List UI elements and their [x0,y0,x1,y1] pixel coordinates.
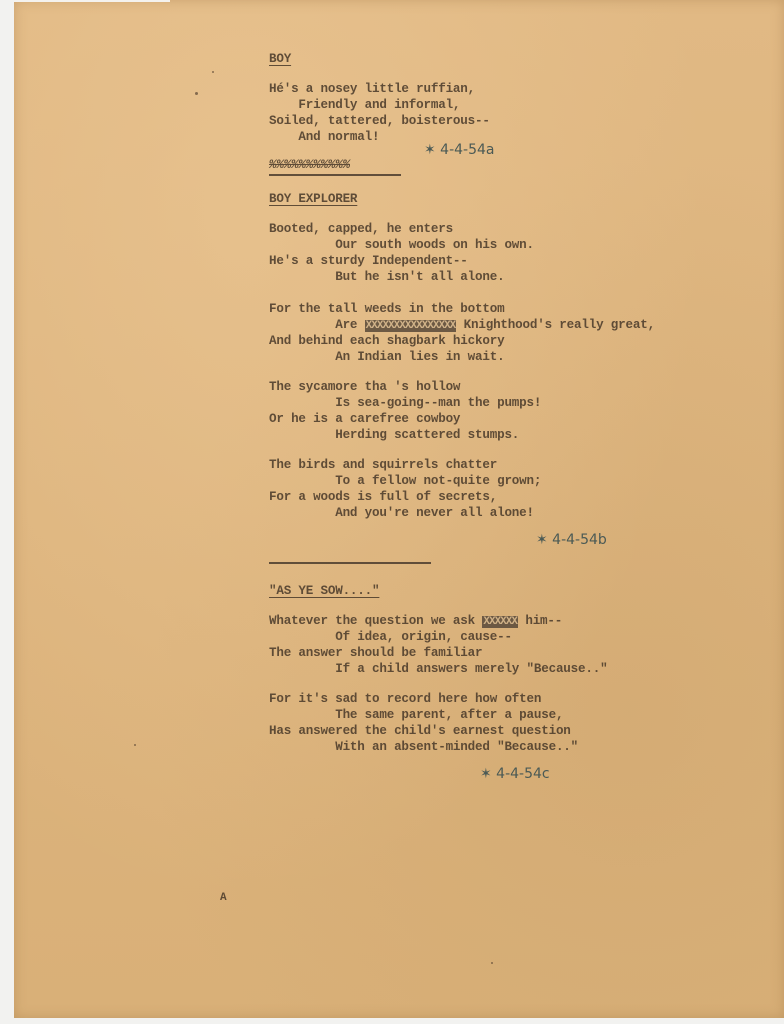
poem-line: The birds and squirrels chatter [269,458,497,472]
poem-line: To a fellow not-quite grown; [269,474,541,488]
poem-line: If a child answers merely "Because.." [269,662,607,676]
poem-line: Is sea-going--man the pumps! [269,396,541,410]
poem-line: With an absent-minded "Because.." [269,740,578,754]
divider-line [269,562,431,564]
poem-line: He's a sturdy Independent-- [269,254,468,268]
poem-line: Has answered the child's earnest questio… [269,724,571,738]
poem-line-with-strikeout: Whatever the question we ask XXXXXX him-… [269,614,562,628]
poem-line: Soiled, tattered, boisterous-- [269,114,490,128]
poem-line-start: Are [269,318,365,332]
poem-title-boy: BOY [269,52,291,66]
struck-out-text: XXXXXXXXXXXXXXXX [365,320,457,332]
paper-speck [491,962,493,964]
poem-line: Hé's a nosey little ruffian, [269,82,475,96]
poem-line: The answer should be familiar [269,646,482,660]
poem-line-end: Knighthood's really great, [456,318,655,332]
poem-line: Or he is a carefree cowboy [269,412,460,426]
poem-line-end: him-- [518,614,562,628]
poem-line: Of idea, origin, cause-- [269,630,512,644]
poem-title-boy-explorer: BOY EXPLORER [269,192,357,206]
signature-4-4-54c: ✶ 4-4-54c [480,766,550,782]
paper-edge [14,0,170,2]
poem-line-with-strikeout: Are XXXXXXXXXXXXXXXX Knighthood's really… [269,318,655,332]
paper-speck [195,92,198,95]
poem-line: The same parent, after a pause, [269,708,563,722]
struck-out-text: %%%%%%%%%%% [269,158,350,172]
poem-line: And normal! [269,130,379,144]
page-mark: A [220,892,226,904]
poem-line: Friendly and informal, [269,98,460,112]
poem-line: And behind each shagbark hickory [269,334,504,348]
poem-title-as-ye-sow: "AS YE SOW...." [269,584,379,598]
paper-speck [212,71,214,73]
poem-line: An Indian lies in wait. [269,350,504,364]
poem-line: The sycamore tha 's hollow [269,380,460,394]
struck-out-text: XXXXXX [482,616,518,628]
poem-line: Booted, capped, he enters [269,222,453,236]
paper-speck [134,744,136,746]
signature-4-4-54b: ✶ 4-4-54b [536,532,607,548]
poem-line: For a woods is full of secrets, [269,490,497,504]
poem-line: Our south woods on his own. [269,238,534,252]
poem-line: Herding scattered stumps. [269,428,519,442]
poem-line: For it's sad to record here how often [269,692,541,706]
poem-line: For the tall weeds in the bottom [269,302,504,316]
poem-line: And you're never all alone! [269,506,534,520]
signature-4-4-54a: ✶ 4-4-54a [424,142,495,158]
poem-line: But he isn't all alone. [269,270,504,284]
divider-line [269,174,401,176]
poem-line-start: Whatever the question we ask [269,614,482,628]
